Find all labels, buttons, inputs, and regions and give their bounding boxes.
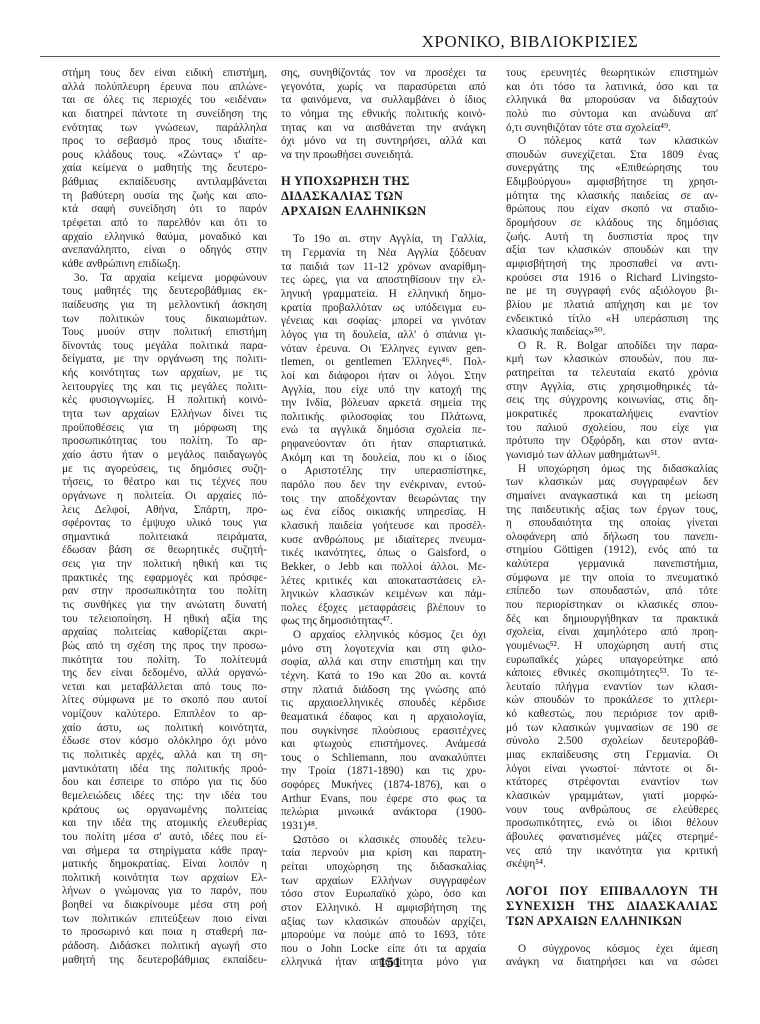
text-line: ρατηρείται τα τελευταία εκατό χρόνια bbox=[506, 367, 718, 381]
text-line: του πολίτη μέσα σ' αυτό, ιδέες που εί- bbox=[62, 831, 267, 845]
text-line: κάθε ανθρώπινη επιδίωξη. bbox=[62, 258, 267, 272]
text-line: κλασικών γραμμάτων, γιατί μορφώ- bbox=[506, 790, 718, 804]
text-line: Ο πόλεμος κατά των κλασικών bbox=[506, 135, 718, 149]
text-line: κής κοινότητας των αρχαίων, με τις bbox=[62, 367, 267, 381]
text-line: πολύ πιο σύντομα και ανώδυνα απ' bbox=[506, 108, 718, 122]
text-line: ό,τι συνηθιζόταν τότε στα σχολεία⁴⁹. bbox=[506, 122, 718, 136]
text-line: τις πολιτικές αρχές, αλλά και τη ση- bbox=[62, 749, 267, 763]
text-line: νομίζουν καλύτερο. Επιπλέον το αρ- bbox=[62, 708, 267, 722]
text-line: ματικής δημοκρατίας. Είναι λοιπόν η bbox=[62, 858, 267, 872]
text-line: στημίου Göttigen (1912), ενός από τα bbox=[506, 544, 718, 558]
heading-line: ΔΙΔΑΣΚΑΛΙΑΣ ΤΩΝ bbox=[281, 189, 486, 204]
running-title-text: ΧΡΟΝΙΚΟ, ΒΙΒΛΙΟΚΡΙΣΙΕΣ bbox=[422, 32, 639, 51]
text-line: λόγος για τη δουλεία, αλλ' ό σπάνια γι- bbox=[281, 329, 486, 343]
text-line: τα φαινόμενα, να συλλαμβάνει ό ίδιος bbox=[281, 94, 486, 108]
text-line: κάποιες εθνικές σκοπιμότητες⁵³. Το τε- bbox=[506, 667, 718, 681]
text-line: αξία των κλασικών σπουδών και την bbox=[506, 244, 718, 258]
text-line: Ωστόσο οι κλασικές σπουδές τελευ- bbox=[281, 834, 486, 848]
text-line: 3ο. Τα αρχαία κείμενα μορφώνουν bbox=[62, 272, 267, 286]
text-line: μόνο στη λογοτεχνία και στη φιλο- bbox=[281, 643, 486, 657]
text-line: το προσωρινό και ποια η σταθερή πα- bbox=[62, 926, 267, 940]
text-line: αξίας των κλασικών σπουδών αρχίζει, bbox=[281, 916, 486, 930]
text-line: αλλά πολύπλευρη έρευνα που απλώνε- bbox=[62, 81, 267, 95]
text-line: το νόημα της εθνικής πολιτικής κοινό- bbox=[281, 108, 486, 122]
text-line: μιας εκπαίδευσης στη Γερμανία. Οι bbox=[506, 749, 718, 763]
text-line: λόγοι είναι γνωστοί· πάντοτε οι δι- bbox=[506, 763, 718, 777]
paragraph: Ο πόλεμος κατά των κλασικώνσπουδών συνεχ… bbox=[506, 135, 718, 340]
text-line: βάθμιας εκπαίδευσης αντιλαμβάνεται bbox=[62, 176, 267, 190]
text-line: πικότητα του πολίτη. Το πολίτευμά bbox=[62, 654, 267, 668]
text-line: προς το σεβασμό προς τους ιδιαίτε- bbox=[62, 135, 267, 149]
text-line: ενώ τα αγγλικά δημόσια σχολεία πε- bbox=[281, 424, 486, 438]
text-line: σεις της σύγχρονης κοινωνίας, στις δη- bbox=[506, 394, 718, 408]
text-line: σύνολο 2.500 σχολείων δευτεροβάθ- bbox=[506, 735, 718, 749]
text-line: λήνων ο γνώμονας για το παρόν, που bbox=[62, 885, 267, 899]
text-line: σφέροντας το έμψυχο υλικό τους για bbox=[62, 517, 267, 531]
text-line: και διατηρεί πάντοτε τη συνείδηση της bbox=[62, 108, 267, 122]
text-line: πρακτικές της εφαρμογές και πρόσφε- bbox=[62, 572, 267, 586]
paragraph: Ο R. R. Bolgar αποδίδει την παρα-κμή των… bbox=[506, 340, 718, 463]
text-line: της δεν είναι δεδομένο, αλλά οργανώ- bbox=[62, 667, 267, 681]
text-line: Τους μυούν στην πολιτική επιστήμη bbox=[62, 326, 267, 340]
text-line: κλασική παιδεία γοήτευσε και προσέλ- bbox=[281, 520, 486, 534]
text-line: την Ινδία, βόλευαν αρκετά σημεία της bbox=[281, 397, 486, 411]
text-line: την Τροία (1871-1890) και τις χρυ- bbox=[281, 765, 486, 779]
text-line: με τις αγορεύσεις, τις δημόσιες συζη- bbox=[62, 463, 267, 477]
text-line: ανεπανάληπτο, είναι ο οδηγός στην bbox=[62, 244, 267, 258]
text-line: 1931)⁴⁸. bbox=[281, 820, 486, 834]
text-line: οργάνωνε η πολιτεία. Οι αρχαίες πό- bbox=[62, 490, 267, 504]
paragraph: Η υποχώρηση όμως της διδασκαλίαςτων κλασ… bbox=[506, 463, 718, 872]
text-line: μπορούμε να πούμε από το 1693, τότε bbox=[281, 929, 486, 943]
text-line: κλασικής παιδείας»⁵⁰. bbox=[506, 326, 718, 340]
text-line: να την προωθήσει συνειδητά. bbox=[281, 149, 486, 163]
text-line: ρους κλάδους τους. «Ζώντας» τ' αρ- bbox=[62, 149, 267, 163]
text-line: Bekker, ο Jebb και πολλοί άλλοι. Με- bbox=[281, 561, 486, 575]
paragraph: στήμη τους δεν είναι ειδική επιστήμη,αλλ… bbox=[62, 67, 267, 272]
text-line: ne με τη συγγραφή ενός αξιόλογου βι- bbox=[506, 285, 718, 299]
text-line: ολοφάνερη από δήλωση του πανεπι- bbox=[506, 531, 718, 545]
text-line: σημαίνει αναγκαστικά και τη μείωση bbox=[506, 490, 718, 504]
text-line: Ο R. R. Bolgar αποδίδει την παρα- bbox=[506, 340, 718, 354]
text-line: δρομήσουν σε κλάδους της δημόσιας bbox=[506, 217, 718, 231]
text-line: προϋποθέσεις για τη μόρφωση της bbox=[62, 422, 267, 436]
text-line: ενότητας των γνώσεων, παράλληλα bbox=[62, 122, 267, 136]
text-line: επίπεδο των σπουδαστών, από τότε bbox=[506, 585, 718, 599]
text-line: ζωής. Αυτή τη δυσπιστία προς την bbox=[506, 231, 718, 245]
text-line: μό των κλασικών γυμνασίων σε 190 σε bbox=[506, 722, 718, 736]
heading-line: ΑΡΧΑΙΩΝ ΕΛΛΗΝΙΚΩΝ bbox=[281, 204, 486, 219]
text-line: που περιορίστηκαν οι κλασικές σπου- bbox=[506, 599, 718, 613]
text-line: θεμελειώδεις ιδέες της: την ιδέα του bbox=[62, 790, 267, 804]
text-line: κές φυσιογνωμίες. Η πολιτική κοινό- bbox=[62, 394, 267, 408]
text-line: σκέψη⁵⁴. bbox=[506, 858, 718, 872]
text-line: τητα των αρχαίων Ελλήνων δίνει τις bbox=[62, 408, 267, 422]
text-line: σης, συνηθίζοντάς τον να προσέχει τα bbox=[281, 67, 486, 81]
text-line: που συγκίνησε πλούσιους ερασιτέχνες bbox=[281, 725, 486, 739]
text-line: ως ένα είδος οικιακής υπηρεσίας. Η bbox=[281, 506, 486, 520]
text-line: στην Αγγλία, στις χρησιμοθηρικές τά- bbox=[506, 381, 718, 395]
text-line: βλίου με πλατιά απήχηση και με τον bbox=[506, 299, 718, 313]
text-line: χαίο άστυ ήταν ο μεγάλος παιδαγωγός bbox=[62, 449, 267, 463]
heading-line: ΣΥΝΕΧΙΣΗ ΤΗΣ ΔΙΔΑΣΚΑΛΙΑΣ bbox=[506, 899, 718, 914]
text-line: κών σπουδών το προκάλεσε το χιτλερι- bbox=[506, 694, 718, 708]
text-line: γωνισμό των άλλων μαθημάτων⁵¹. bbox=[506, 449, 718, 463]
text-line: τα παιδιά των 11-12 χρόνων αναρίθμη- bbox=[281, 261, 486, 275]
text-line: σπουδών συνεχίζεται. Στα 1809 ένας bbox=[506, 149, 718, 163]
text-line: του τελειοποίηση. Η ηθική αξία της bbox=[62, 613, 267, 627]
paragraph: σης, συνηθίζοντάς τον να προσέχει ταγεγο… bbox=[281, 67, 486, 162]
text-line: σχολεία, είναι χαμηλότερο από προη- bbox=[506, 626, 718, 640]
text-line: τήσεις, το θέατρο και τις τέχνες που bbox=[62, 476, 267, 490]
text-line: συνεργάτης της «Επιθεώρησης του bbox=[506, 162, 718, 176]
text-line: ευρωπαϊκές χώρες υπαγορεύτηκε από bbox=[506, 654, 718, 668]
text-column-3: τους ερευνητές θεωρητικών επιστημώνκαι ό… bbox=[506, 67, 718, 970]
text-line: τις συνθήκες για την ανώτατη δυνατή bbox=[62, 599, 267, 613]
text-line: σοφία, αλλά και στην επιστήμη και την bbox=[281, 656, 486, 670]
text-line: σοφόρες Μυκήνες (1874-1876), και ο bbox=[281, 779, 486, 793]
text-column-2: σης, συνηθίζοντάς τον να προσέχει ταγεγο… bbox=[281, 67, 486, 970]
text-line: και ότι τόσο τα λατινικά, όσο και τα bbox=[506, 81, 718, 95]
text-line: κράτους ως οργανωμένης πολιτείας bbox=[62, 804, 267, 818]
text-line: τέχνη. Κατά το 19ο και 20ο αι. κοντά bbox=[281, 670, 486, 684]
text-line: φως της δημοσιότητας⁴⁷. bbox=[281, 615, 486, 629]
text-line: Αγγλία, που είχε υπό την κατοχή της bbox=[281, 384, 486, 398]
text-line: νουν τους ανθρώπους σε ελεύθερες bbox=[506, 804, 718, 818]
text-line: ληνική γραμματεία. Η ελληνική δημο- bbox=[281, 288, 486, 302]
text-line: κτάτορες στρέφονται εναντίον των bbox=[506, 776, 718, 790]
paragraph: Ο αρχαίος ελληνικός κόσμος ζει όχιμόνο σ… bbox=[281, 629, 486, 834]
text-line: δίνοντάς τους μεγάλα πολιτικά παρα- bbox=[62, 340, 267, 354]
text-line: Ακόμη και τη δουλεία, που κι ο ίδιος bbox=[281, 452, 486, 466]
text-line: πολες έξοχες μεταφράσεις βλέπουν το bbox=[281, 602, 486, 616]
text-line: θρώπους που είχαν σκοπό να σταδιο- bbox=[506, 203, 718, 217]
text-line: μότητα της κλασικής παιδείας σε αν- bbox=[506, 190, 718, 204]
paragraph: 3ο. Τα αρχαία κείμενα μορφώνουντους μαθη… bbox=[62, 272, 267, 968]
text-line: τόσο στον Ευρωπαϊκό χώρο, όσο και bbox=[281, 888, 486, 902]
text-line: βώς από τη σχέση της προς την προσω- bbox=[62, 640, 267, 654]
text-line: τους ο Schliemann, που ανακαλύπτει bbox=[281, 752, 486, 766]
text-line: δείγματα, με την οργάνωση της πολιτι- bbox=[62, 353, 267, 367]
text-line: λοί και διάφοροι ήταν οι λόγοι. Στην bbox=[281, 370, 486, 384]
text-line: νεται και μεταβάλλεται από τους πο- bbox=[62, 681, 267, 695]
paragraph: Το 19ο αι. στην Αγγλία, τη Γαλλία,τη Γερ… bbox=[281, 233, 486, 629]
text-line: πρότυπο την Οξφόρδη, και στον αντα- bbox=[506, 435, 718, 449]
paragraph: Ωστόσο οι κλασικές σπουδές τελευ-ταία πε… bbox=[281, 834, 486, 970]
text-line: ελληνικά θα μπορούσαν να διδαχτούν bbox=[506, 94, 718, 108]
text-line: στην πλατιά διάδοση της γνώσης από bbox=[281, 684, 486, 698]
text-line: κρούσει στα 1916 ο Richard Livingsto- bbox=[506, 272, 718, 286]
text-column-1: στήμη τους δεν είναι ειδική επιστήμη,αλλ… bbox=[62, 67, 267, 967]
heading-line: ΛΟΓΟΙ ΠΟΥ ΕΠΙΒΑΛΛΟΥΝ ΤΗ bbox=[506, 884, 718, 899]
running-title: ΧΡΟΝΙΚΟ, ΒΙΒΛΙΟΚΡΙΣΙΕΣ bbox=[0, 32, 760, 52]
text-line: κό καθεστώς, που περιόρισε τον αριθ- bbox=[506, 708, 718, 722]
text-line: όχι μόνο να τη συντηρήσει, αλλά και bbox=[281, 135, 486, 149]
text-line: σεις για την πολιτική ηθική και τις bbox=[62, 558, 267, 572]
text-line: νόταν έρευνα. Οι Έλληνες εγιναν gen- bbox=[281, 343, 486, 357]
text-line: κυσε ανθρώπους με ιδιαίτερες πνευμα- bbox=[281, 534, 486, 548]
text-line: τις αρχαιοελληνικές σπουδές κέρδισε bbox=[281, 697, 486, 711]
header-rule bbox=[40, 56, 720, 57]
text-line: αρχαίο ελληνικό θαύμα, μοναδικό και bbox=[62, 231, 267, 245]
text-line: πελώρια μινωικά ανάκτορα (1900- bbox=[281, 806, 486, 820]
text-line: ενδεικτικό τίτλο «Η υπεράσπιση της bbox=[506, 313, 718, 327]
text-line: Η υποχώρηση όμως της διδασκαλίας bbox=[506, 463, 718, 477]
text-line: τρέφεται από το παρελθόν και ότι το bbox=[62, 217, 267, 231]
section-heading: ΛΟΓΟΙ ΠΟΥ ΕΠΙΒΑΛΛΟΥΝ ΤΗΣΥΝΕΧΙΣΗ ΤΗΣ ΔΙΔΑ… bbox=[506, 884, 718, 929]
text-line: Arthur Evans, που έφερε στο φως τα bbox=[281, 793, 486, 807]
text-line: καλύτερα γερμανικά πανεπιστήμια, bbox=[506, 558, 718, 572]
text-line: χαίο άστυ, ως πολιτική κοινότητα, bbox=[62, 722, 267, 736]
text-line: τους ερευνητές θεωρητικών επιστημών bbox=[506, 67, 718, 81]
paragraph: τους ερευνητές θεωρητικών επιστημώνκαι ό… bbox=[506, 67, 718, 135]
text-line: η σπουδαιότητα της οποίας γίνεται bbox=[506, 517, 718, 531]
text-line: ο Αριστοτέλης την υπερασπίστηκε, bbox=[281, 465, 486, 479]
text-line: τους μαθητές της δευτεροβάθμιας εκ- bbox=[62, 285, 267, 299]
text-line: έδωσαν βάση σε θεωρητικές συζητή- bbox=[62, 544, 267, 558]
text-line: τη Γερμανία τη Νέα Αγγλία ξόδευαν bbox=[281, 247, 486, 261]
text-line: λέτες κριτικές και αποκαταστάσεις ελ- bbox=[281, 575, 486, 589]
text-line: τητας και να αισθάνεται την ανάγκη bbox=[281, 122, 486, 136]
text-line: προσωπικότητες, ενώ οι ίδιοι θέλουν bbox=[506, 817, 718, 831]
text-line: της παιδευτικής αξίας των έργων τους, bbox=[506, 504, 718, 518]
text-line: λειτουργίες της και τις μεγάλες πολιτι- bbox=[62, 381, 267, 395]
text-line: άβουλες φανατισμένες μάζες στερημέ- bbox=[506, 831, 718, 845]
text-line: των πολιτικών επιτεύξεων ποιο είναι bbox=[62, 913, 267, 927]
text-line: tlemen, οι gentlemen Έλληνες⁴⁶. Πολ- bbox=[281, 356, 486, 370]
page-number-text: 151 bbox=[379, 955, 402, 971]
text-line: προσωπικότητας του πολίτη. Το αρ- bbox=[62, 435, 267, 449]
text-line: παίδευσης για τη μελλοντική άσκηση bbox=[62, 299, 267, 313]
text-line: νες από την ικανότητα για κριτική bbox=[506, 845, 718, 859]
section-heading: Η ΥΠΟΧΩΡΗΣΗ ΤΗΣΔΙΔΑΣΚΑΛΙΑΣ ΤΩΝΑΡΧΑΙΩΝ ΕΛ… bbox=[281, 174, 486, 219]
text-line: στον Ελληνικό. Η αμφισβήτηση της bbox=[281, 902, 486, 916]
text-line: και φτωχούς επιστήμονες. Ανάμεσά bbox=[281, 738, 486, 752]
text-line: πολιτικής φιλοσοφίας του Πλάτωνα, bbox=[281, 411, 486, 425]
text-line: Εδιμβούργου» αμφισβήτησε τη χρησι- bbox=[506, 176, 718, 190]
text-line: Ο αρχαίος ελληνικός κόσμος ζει όχι bbox=[281, 629, 486, 643]
text-line: των πολιτικών τους δικαιωμάτων. bbox=[62, 313, 267, 327]
text-line: πολιτική κοινότητα των αρχαίων Ελ- bbox=[62, 872, 267, 886]
text-line: κρατία προβαλλόταν ως υπόδειγμα ευ- bbox=[281, 302, 486, 316]
text-line: ταία περνούν μια κρίση και παρατη- bbox=[281, 847, 486, 861]
text-line: τοις την αποδέχονταν θεωρώντας την bbox=[281, 493, 486, 507]
text-line: λεις Δελφοί, Αθήνα, Σπάρτη, προ- bbox=[62, 504, 267, 518]
text-line: δές και δημιουργήθηκαν τα πρακτικά bbox=[506, 613, 718, 627]
page-number: 151 bbox=[0, 955, 760, 972]
text-line: γεγονότα, χωρίς να παρασύρεται από bbox=[281, 81, 486, 95]
text-line: λευταίο πλήγμα εναντίον των κλασι- bbox=[506, 681, 718, 695]
text-line: των κλασικών μας συγγραφέων δεν bbox=[506, 476, 718, 490]
text-line: μαντικότατη ιδέα της πολιτικής προό- bbox=[62, 763, 267, 777]
text-line: των αρχαίων Ελλήνων συγγραφέων bbox=[281, 875, 486, 889]
text-line: θεαματικά έδαφος και η αρχαιολογία, bbox=[281, 711, 486, 725]
text-line: ράδοση. Διδάσκει πολιτική αγωγή στο bbox=[62, 940, 267, 954]
text-line: σύμφωνα με την οποία το πνευματικό bbox=[506, 572, 718, 586]
text-line: ληνικών κλασικών κειμένων και πάμ- bbox=[281, 588, 486, 602]
text-line: δου και έσπειρε το σπόρο για τις δύο bbox=[62, 776, 267, 790]
text-line: χαία κείμενα ο μαθητής της δευτερο- bbox=[62, 162, 267, 176]
text-line: βοηθεί να διακρίνουμε μέσα στη ροή bbox=[62, 899, 267, 913]
text-line: ραν στην προσωπικότητα του πολίτη bbox=[62, 585, 267, 599]
heading-line: Η ΥΠΟΧΩΡΗΣΗ ΤΗΣ bbox=[281, 174, 486, 189]
text-line: τικές ικανότητες, όπως ο Gaisford, ο bbox=[281, 547, 486, 561]
text-line: ρηφανεύονταν ότι ήταν σπαρτιατικά. bbox=[281, 438, 486, 452]
text-line: στήμη τους δεν είναι ειδική επιστήμη, bbox=[62, 67, 267, 81]
heading-line: ΤΩΝ ΑΡΧΑΙΩΝ ΕΛΛΗΝΙΚΩΝ bbox=[506, 914, 718, 929]
text-line: σημαντικά πολιτειακά πειράματα, bbox=[62, 531, 267, 545]
text-line: παρόλο που δεν την ενέκριναν, εντού- bbox=[281, 479, 486, 493]
text-line: αρχαίας πολιτείας καθορίζεται ακρι- bbox=[62, 626, 267, 640]
text-line: κμή των κλασικών σπουδών, που πα- bbox=[506, 353, 718, 367]
text-line: τες ώρες, για να αποστηθίσουν την ελ- bbox=[281, 274, 486, 288]
text-line: γένειας και σοφίας· μπορεί να γινόταν bbox=[281, 315, 486, 329]
text-line: μοκρατικές προκαταλήψεις εναντίον bbox=[506, 408, 718, 422]
text-line: κτά σαφή συνείδηση ότι το παρόν bbox=[62, 203, 267, 217]
text-line: λίτες σύμφωνα με το σκοπό που αυτοί bbox=[62, 694, 267, 708]
text-line: έδωσε στον κόσμο ολόκληρο όχι μόνο bbox=[62, 735, 267, 749]
text-line: αμφισβήτησή της προσπαθεί να αντι- bbox=[506, 258, 718, 272]
text-line: τη βαθύτερη ουσία της ζωής και απο- bbox=[62, 190, 267, 204]
text-line: Το 19ο αι. στην Αγγλία, τη Γαλλία, bbox=[281, 233, 486, 247]
text-line: του παλιού σχολείου, που είχε για bbox=[506, 422, 718, 436]
text-line: ται σε όλες τις περιοχές του «ειδέναι» bbox=[62, 94, 267, 108]
text-line: ναι σήμερα τα στηρίγματα κάθε πραγ- bbox=[62, 845, 267, 859]
text-line: γουμένως⁵². Η υποχώρηση αυτή στις bbox=[506, 640, 718, 654]
text-line: ρείται υποχώρηση της διδασκαλίας bbox=[281, 861, 486, 875]
text-line: και την ιδέα της ατομικής ελευθερίας bbox=[62, 817, 267, 831]
